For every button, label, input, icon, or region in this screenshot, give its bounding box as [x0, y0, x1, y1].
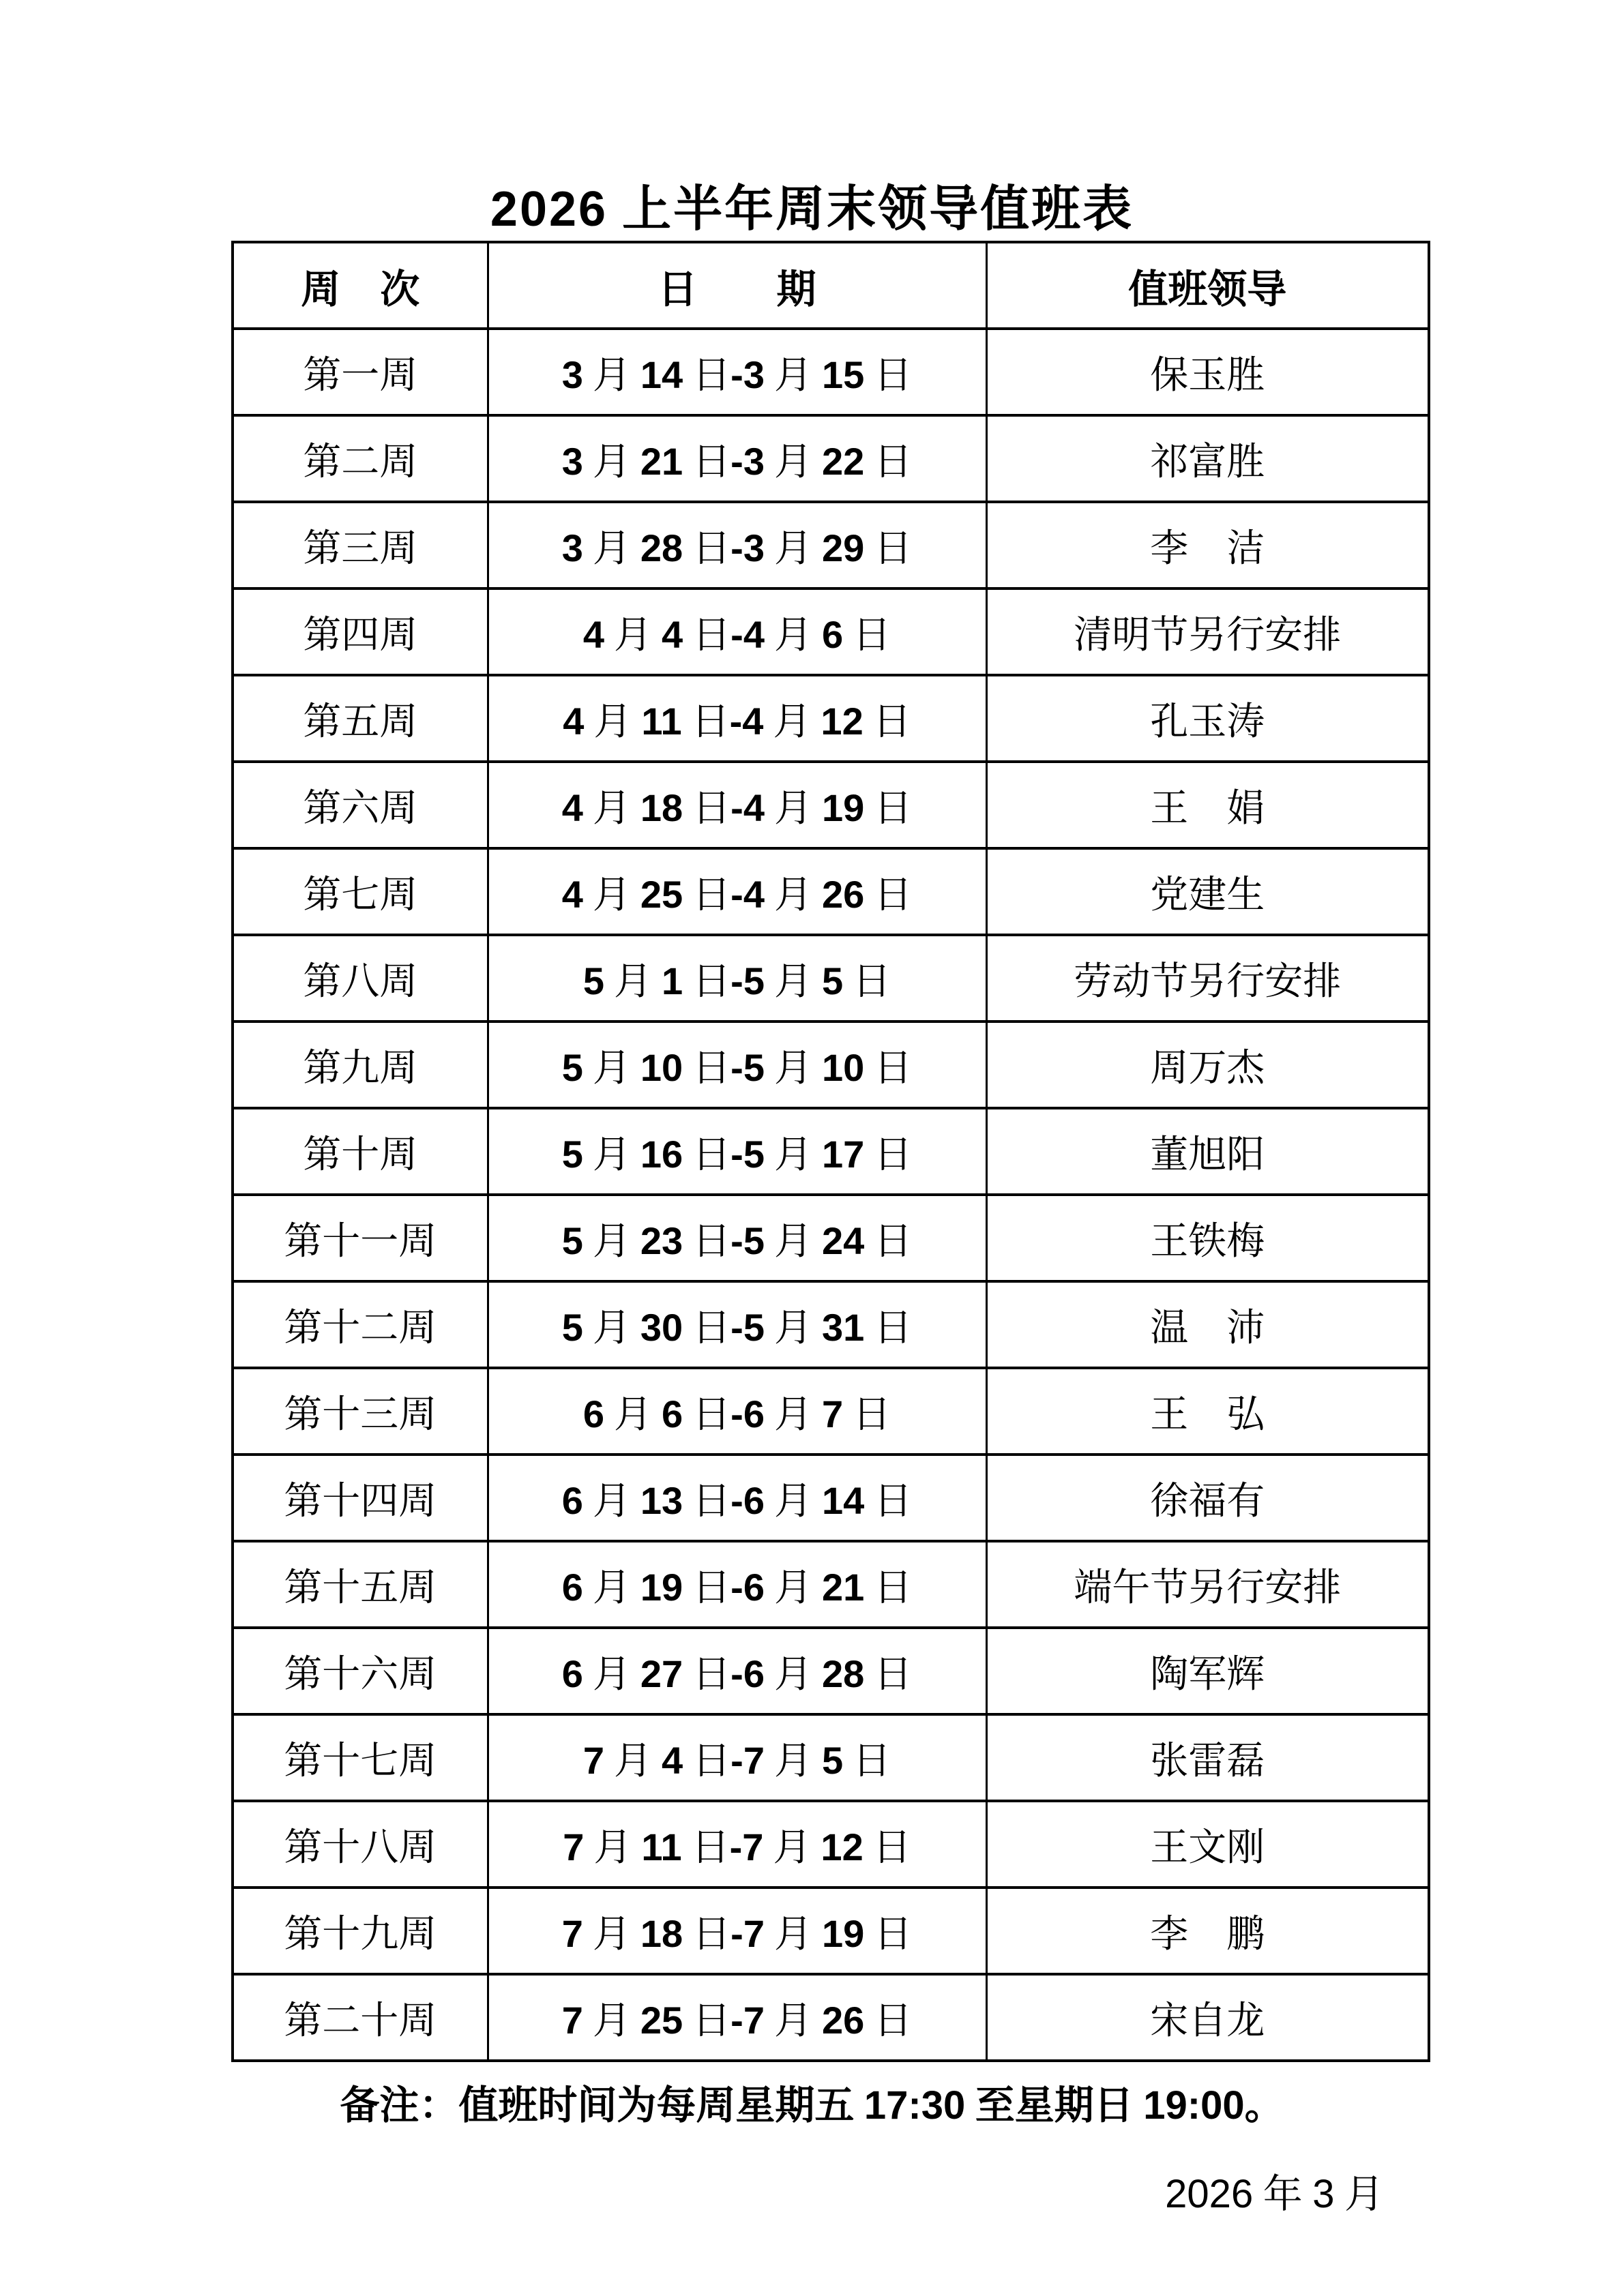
leader-cell: 李 洁 — [986, 502, 1429, 588]
table-row: 第二十周 7 月 25 日-7 月 26 日 宋自龙 — [233, 1974, 1429, 2061]
leader-cell: 王文刚 — [986, 1801, 1429, 1888]
week-cell: 第八周 — [233, 935, 488, 1022]
table-row: 第十二周 5 月 30 日-5 月 31 日 温 沛 — [233, 1281, 1429, 1368]
week-cell: 第十六周 — [233, 1628, 488, 1714]
leader-cell: 王 娟 — [986, 762, 1429, 848]
week-cell: 第二十周 — [233, 1974, 488, 2061]
date-cell: 5 月 10 日-5 月 10 日 — [488, 1022, 986, 1108]
table-row: 第十八周 7 月 11 日-7 月 12 日 王文刚 — [233, 1801, 1429, 1888]
leader-cell: 陶军辉 — [986, 1628, 1429, 1714]
leader-cell: 端午节另行安排 — [986, 1541, 1429, 1628]
header-row: 周 次 日 期 值班领导 — [233, 242, 1429, 329]
date-cell: 5 月 16 日-5 月 17 日 — [488, 1108, 986, 1195]
a4-page: 2026 上半年周末领导值班表 周 次 日 期 值班领导 第一周 3 月 14 … — [0, 0, 1624, 2296]
week-cell: 第四周 — [233, 588, 488, 675]
week-cell: 第十五周 — [233, 1541, 488, 1628]
col-header-week: 周 次 — [233, 242, 488, 329]
date-cell: 6 月 13 日-6 月 14 日 — [488, 1455, 986, 1541]
date-cell: 4 月 25 日-4 月 26 日 — [488, 848, 986, 935]
table-row: 第一周 3 月 14 日-3 月 15 日 保玉胜 — [233, 329, 1429, 415]
table-row: 第十一周 5 月 23 日-5 月 24 日 王铁梅 — [233, 1195, 1429, 1281]
table-row: 第十三周 6 月 6 日-6 月 7 日 王 弘 — [233, 1368, 1429, 1455]
duty-table: 周 次 日 期 值班领导 第一周 3 月 14 日-3 月 15 日 保玉胜 第… — [231, 241, 1430, 2062]
leader-cell: 周万杰 — [986, 1022, 1429, 1108]
date-cell: 3 月 28 日-3 月 29 日 — [488, 502, 986, 588]
col-header-leader: 值班领导 — [986, 242, 1429, 329]
duty-table-body: 第一周 3 月 14 日-3 月 15 日 保玉胜 第二周 3 月 21 日-3… — [233, 329, 1429, 2061]
leader-cell: 王 弘 — [986, 1368, 1429, 1455]
date-cell: 4 月 4 日-4 月 6 日 — [488, 588, 986, 675]
week-cell: 第五周 — [233, 675, 488, 762]
date-cell: 5 月 23 日-5 月 24 日 — [488, 1195, 986, 1281]
leader-cell: 保玉胜 — [986, 329, 1429, 415]
date-cell: 3 月 14 日-3 月 15 日 — [488, 329, 986, 415]
leader-cell: 劳动节另行安排 — [986, 935, 1429, 1022]
week-cell: 第七周 — [233, 848, 488, 935]
week-cell: 第六周 — [233, 762, 488, 848]
table-row: 第六周 4 月 18 日-4 月 19 日 王 娟 — [233, 762, 1429, 848]
date-cell: 4 月 18 日-4 月 19 日 — [488, 762, 986, 848]
table-row: 第四周 4 月 4 日-4 月 6 日 清明节另行安排 — [233, 588, 1429, 675]
date-cell: 6 月 27 日-6 月 28 日 — [488, 1628, 986, 1714]
table-row: 第七周 4 月 25 日-4 月 26 日 党建生 — [233, 848, 1429, 935]
table-row: 第十七周 7 月 4 日-7 月 5 日 张雷磊 — [233, 1714, 1429, 1801]
leader-cell: 祁富胜 — [986, 415, 1429, 502]
leader-cell: 宋自龙 — [986, 1974, 1429, 2061]
week-cell: 第十七周 — [233, 1714, 488, 1801]
week-cell: 第十周 — [233, 1108, 488, 1195]
table-row: 第十四周 6 月 13 日-6 月 14 日 徐福有 — [233, 1455, 1429, 1541]
leader-cell: 徐福有 — [986, 1455, 1429, 1541]
table-row: 第十周 5 月 16 日-5 月 17 日 董旭阳 — [233, 1108, 1429, 1195]
week-cell: 第九周 — [233, 1022, 488, 1108]
date-cell: 6 月 6 日-6 月 7 日 — [488, 1368, 986, 1455]
leader-cell: 党建生 — [986, 848, 1429, 935]
table-row: 第十五周 6 月 19 日-6 月 21 日 端午节另行安排 — [233, 1541, 1429, 1628]
week-cell: 第十三周 — [233, 1368, 488, 1455]
week-cell: 第十二周 — [233, 1281, 488, 1368]
leader-cell: 孔玉涛 — [986, 675, 1429, 762]
leader-cell: 王铁梅 — [986, 1195, 1429, 1281]
week-cell: 第一周 — [233, 329, 488, 415]
leader-cell: 张雷磊 — [986, 1714, 1429, 1801]
signature-date: 2026 年 3 月 — [1165, 2162, 1384, 2219]
table-row: 第五周 4 月 11 日-4 月 12 日 孔玉涛 — [233, 675, 1429, 762]
table-row: 第九周 5 月 10 日-5 月 10 日 周万杰 — [233, 1022, 1429, 1108]
col-header-date: 日 期 — [488, 242, 986, 329]
table-row: 第二周 3 月 21 日-3 月 22 日 祁富胜 — [233, 415, 1429, 502]
leader-cell: 董旭阳 — [986, 1108, 1429, 1195]
date-cell: 7 月 18 日-7 月 19 日 — [488, 1888, 986, 1974]
date-cell: 3 月 21 日-3 月 22 日 — [488, 415, 986, 502]
leader-cell: 清明节另行安排 — [986, 588, 1429, 675]
date-cell: 6 月 19 日-6 月 21 日 — [488, 1541, 986, 1628]
week-cell: 第二周 — [233, 415, 488, 502]
date-cell: 5 月 1 日-5 月 5 日 — [488, 935, 986, 1022]
week-cell: 第十九周 — [233, 1888, 488, 1974]
table-row: 第三周 3 月 28 日-3 月 29 日 李 洁 — [233, 502, 1429, 588]
page-title: 2026 上半年周末领导值班表 — [0, 169, 1624, 240]
table-row: 第十六周 6 月 27 日-6 月 28 日 陶军辉 — [233, 1628, 1429, 1714]
week-cell: 第十四周 — [233, 1455, 488, 1541]
leader-cell: 李 鹏 — [986, 1888, 1429, 1974]
week-cell: 第三周 — [233, 502, 488, 588]
week-cell: 第十一周 — [233, 1195, 488, 1281]
date-cell: 4 月 11 日-4 月 12 日 — [488, 675, 986, 762]
leader-cell: 温 沛 — [986, 1281, 1429, 1368]
table-row: 第八周 5 月 1 日-5 月 5 日 劳动节另行安排 — [233, 935, 1429, 1022]
week-cell: 第十八周 — [233, 1801, 488, 1888]
date-cell: 7 月 4 日-7 月 5 日 — [488, 1714, 986, 1801]
date-cell: 5 月 30 日-5 月 31 日 — [488, 1281, 986, 1368]
note-text: 备注：值班时间为每周星期五 17:30 至星期日 19:00。 — [0, 2073, 1624, 2130]
table-row: 第十九周 7 月 18 日-7 月 19 日 李 鹏 — [233, 1888, 1429, 1974]
date-cell: 7 月 25 日-7 月 26 日 — [488, 1974, 986, 2061]
date-cell: 7 月 11 日-7 月 12 日 — [488, 1801, 986, 1888]
